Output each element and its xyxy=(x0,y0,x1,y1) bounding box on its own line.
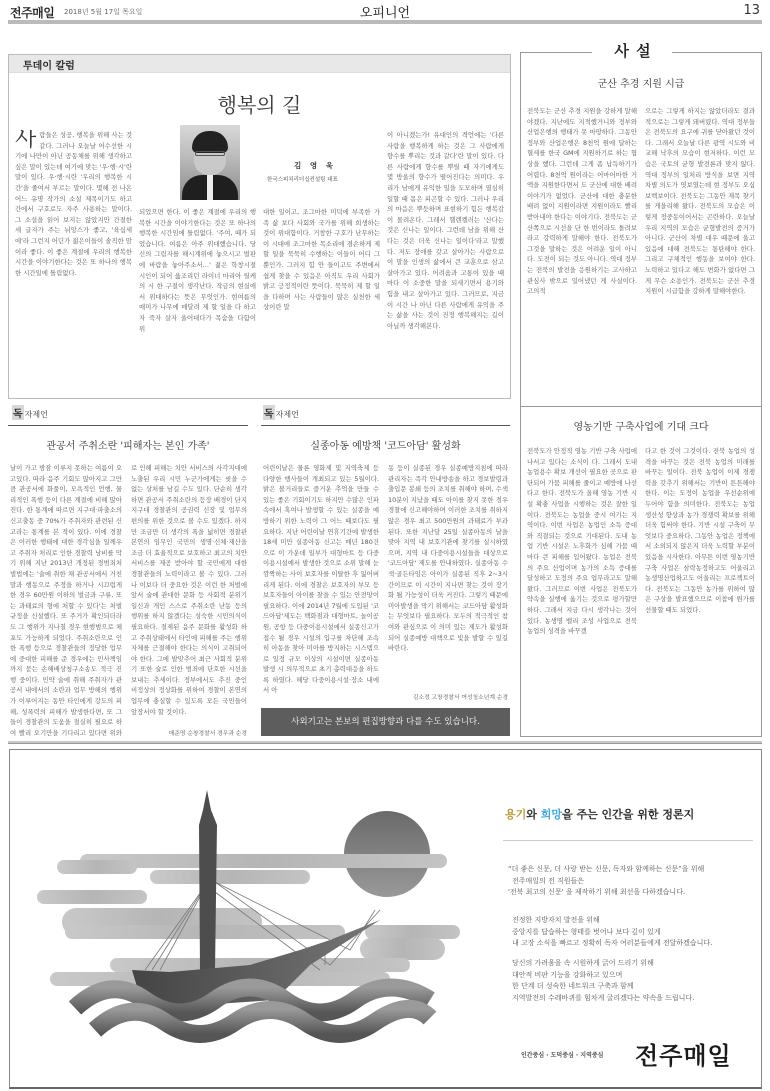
today-column-text-2: 되었으면 한다. 이 좋은 계절에 우리의 행복한 시간을 이야기한다는 것은 … xyxy=(139,207,256,393)
ad-paragraph-1: “더 좋은 신문, 더 사랑 받는 신문, 독자와 함께하는 신문”을 위해 전… xyxy=(508,864,704,899)
reader-column-1-text-1: 날이 가고 밤잠 이루지 못하는 여름이 오고있다. 따라 음주 기회도 많아지… xyxy=(10,463,122,737)
brand-logo: 전주매일 xyxy=(635,1036,732,1071)
today-column-text-1: 사람들은 성공, 행복을 위해 사는 것 같다. 그러나 오늘날 어수선한 시기… xyxy=(15,130,132,392)
pen-ship-illustration-icon xyxy=(10,750,490,1080)
reader-column-1-byline: 매준명 순창경찰서 경무과 순경 xyxy=(131,728,247,737)
dropcap: 사 xyxy=(15,130,36,150)
editorial-1-text-1: 전북도는 군산 추경 지원을 강하게 말해야겠다. 지난에도 지적했거니와 정부… xyxy=(527,106,637,402)
ad-tagline: 인간중심 · 도덕중심 · 지역중심 xyxy=(521,1050,603,1059)
today-column-text-4: 이 아니겠는가! 유대인의 격언에는 '다른 사람을 행복하게 하는 것은 그 … xyxy=(387,130,504,392)
editorial-2-text-1: 전북도가 안정적 영농 기반 구축 사업에 나서고 있다는 소식이 다. 그래서… xyxy=(527,446,637,730)
reader-column-1-label: 독자제언 xyxy=(12,405,48,420)
issue-date: 2018년 5월 17일 목요일 xyxy=(64,7,142,17)
editorial-1-text-2: 으로는 그렇게 하지는 않았더라도 결과적으로는 그렇게 돼버렸다. 역대 정부… xyxy=(645,106,755,402)
editorial-title-1: 군산 추경 지원 시급 xyxy=(520,75,762,90)
editorial-title-2: 영농기반 구축사업에 기대 크다 xyxy=(520,418,762,433)
reader-column-2-text-1: 어린이날은 물론 영화제 및 지역축제 등 다양한 행사들이 개최되고 있는 5… xyxy=(263,463,379,703)
section-title: 오피니언 xyxy=(240,2,530,21)
reader-column-1-text-2: 로 인해 피해는 치안 서비스의 사각지대에 노출된 우리 시민 누군가에게는 … xyxy=(131,463,247,728)
ad-rule xyxy=(503,840,753,841)
author-title: 한국스피치리더십컨설팅 대표 xyxy=(267,175,338,183)
today-column-label: 투데이 칼럼 xyxy=(23,57,75,72)
ad-paragraph-3: 당신의 가려움을 속 시원하게 긁어 드리기 위해 대안적 비판 기능을 강화하… xyxy=(512,958,694,1004)
reader-column-2-text-2: 동 등이 실종된 경우 실종예방지침에 따라 관리자는 즉각 안내방송을 하고 … xyxy=(388,463,508,691)
header-divider xyxy=(8,20,762,24)
masthead: 전주매일 xyxy=(10,4,54,21)
editorial-2-text-2: 다고 한 것이 그것이다. 전북 농업의 성격을 바꾸는 것은 전북 농업의 미… xyxy=(645,446,755,730)
reader-column-2-rule xyxy=(261,425,510,426)
reader-column-1-rule xyxy=(8,425,248,426)
reader-column-2-byline: 김소정 고창경찰서 여성청소년계 순경 xyxy=(388,692,508,701)
today-column-title: 행복의 길 xyxy=(9,89,510,118)
author-photo xyxy=(180,125,240,200)
ad-slogan: 용기와 희망을 주는 인간을 위한 정론지 xyxy=(505,806,694,822)
today-column-text-3: 대한 일이고, 조그마한 미덕에 부족한 가족 삶 보다 사회와 국가를 위해 … xyxy=(263,207,380,393)
author-name: 김 영 욱 xyxy=(294,160,336,171)
ad-paragraph-2: 진정한 지방자치 발전을 위해 중앙지를 답습하는 형태를 벗어나 보다 깊이 … xyxy=(512,915,712,950)
today-column: 투데이 칼럼 행복의 길 사람들은 성공, 행복을 위해 사는 것 같다. 그러… xyxy=(8,54,511,399)
reader-column-1-title: 관공서 주취소란 '피해자는 본인 가족' xyxy=(8,437,248,452)
disclaimer-notice: 사외기고는 본보의 편집방향과 다를 수도 있습니다. xyxy=(261,708,510,736)
today-column-header: 투데이 칼럼 xyxy=(9,55,510,73)
reader-column-2-title: 실종아동 예방책 '코드아담' 활성화 xyxy=(261,437,510,452)
page-number: 13 xyxy=(743,3,760,18)
ad-divider xyxy=(8,741,762,744)
reader-column-2-label: 독자제언 xyxy=(263,405,299,420)
